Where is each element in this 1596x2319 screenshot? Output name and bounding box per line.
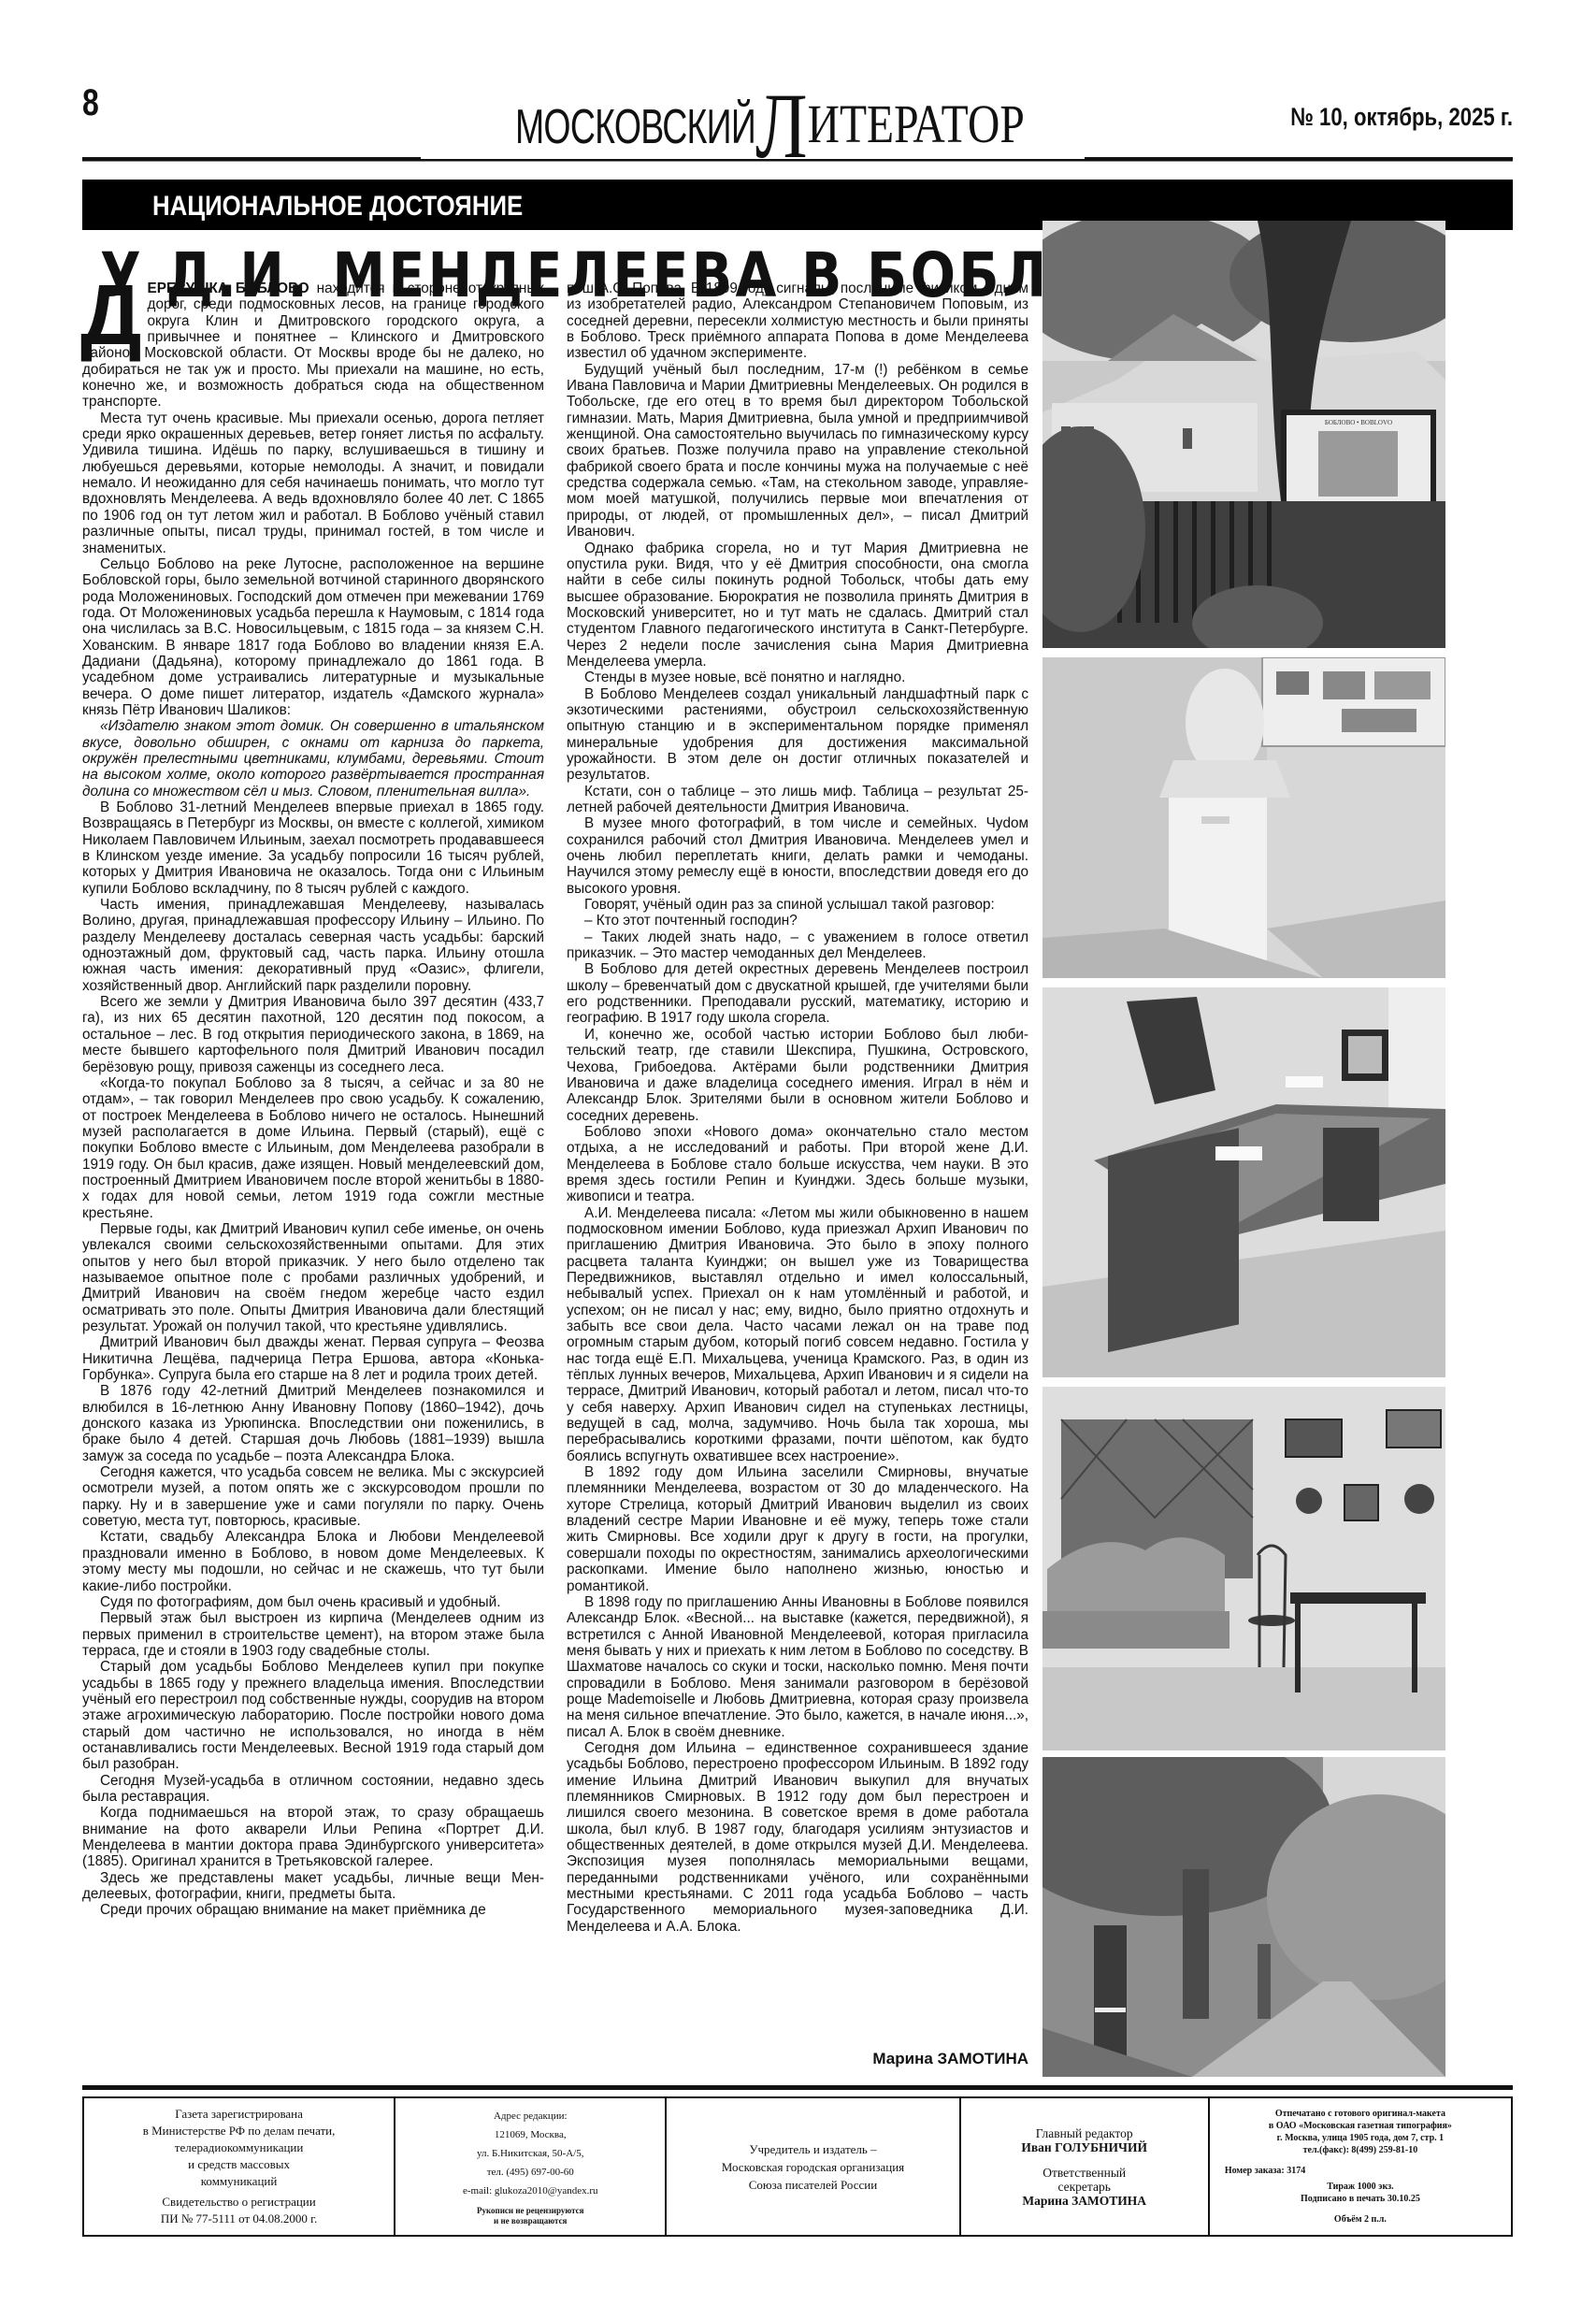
paragraph: Всего же земли у Дмитрия Ивановича было … [82, 994, 544, 1075]
registration-line: в Министерстве РФ по делам печати, [143, 2123, 336, 2139]
paragraph: Говорят, учёный один раз за спиной услыш… [567, 897, 1028, 913]
imprint-editors: Главный редактор Иван ГОЛУБНИЧИЙ Ответст… [961, 2098, 1210, 2235]
estate-house-image: БОБЛОВО • BOBLOVO [1042, 221, 1445, 648]
secretary-name: Марина ЗАМОТИНА [1022, 2194, 1146, 2208]
registration-line: Газета зарегистрирована [175, 2106, 303, 2123]
paragraph: «Когда-то покупал Боблово за 8 тысяч, а … [82, 1075, 544, 1221]
address-line: Адрес редакции: [494, 2107, 568, 2125]
imprint-box: Газета зарегистрирована в Министерстве Р… [82, 2096, 1513, 2237]
paragraph: Сегодня Музей-усадьба в отличном состоян… [82, 1773, 544, 1806]
paragraph: Среди прочих обращаю внимание на макет п… [82, 1902, 544, 1918]
bust-image [1042, 657, 1445, 978]
paragraph: В 1892 году дом Ильина заселили Смирновы… [567, 1464, 1028, 1594]
photo-estate-house: БОБЛОВО • BOBLOVO [1042, 221, 1445, 648]
secretary-title: Ответственный [1042, 2166, 1126, 2180]
page-number: 8 [82, 82, 99, 124]
issue-info: № 10, октябрь, 2025 г. [1290, 103, 1513, 132]
certificate-line: Свидетельство о регистрации [162, 2194, 315, 2211]
masthead-big-letter: Л [755, 89, 808, 164]
paragraph: Первые годы, как Дмитрий Иванович купил … [82, 1221, 544, 1334]
paragraph: Кстати, сон о таблице – это лишь миф. Та… [567, 784, 1028, 816]
author-byline: Марина ЗАМОТИНА [567, 2050, 1028, 2068]
article-column-1: ДЕРЕВУШКА БОБЛОВО находится в стороне от… [82, 281, 544, 1919]
editor-title: Главный редактор [1036, 2126, 1133, 2140]
imprint-founder: Учредитель и издатель – Московская город… [667, 2098, 960, 2235]
paragraph: Однако фабрика сгорела, но и тут Мария Д… [567, 540, 1028, 670]
order-number: Номер заказа: 3174 [1225, 2165, 1305, 2177]
founder-line: Союза писателей России [749, 2176, 877, 2194]
masthead-literator: ЛИТЕРАТОР [755, 74, 1025, 151]
masthead-moskovsky: МОСКОВСКИЙ [515, 103, 755, 151]
signed-date: Подписано в печать 30.10.25 [1301, 2193, 1420, 2205]
paragraph: Сельцо Боблово на реке Лутосне, располож… [82, 556, 544, 718]
email-link[interactable]: e-mail: glukoza2010@yandex.ru [463, 2182, 598, 2200]
paragraph: Дмитрий Иванович был дважды женат. Перва… [82, 1334, 544, 1383]
imprint-address: Адрес редакции: 121069, Москва, ул. Б.Ни… [395, 2098, 667, 2235]
circulation: Тираж 1000 экз. [1327, 2181, 1393, 2193]
manuscripts-line: Рукописи не рецензируются [477, 2206, 584, 2216]
masthead-rest: ИТЕРАТОР [808, 94, 1025, 154]
article-column-2: пеш А.С. Попова. В 1899 году сигналы, по… [567, 281, 1028, 1935]
imprint-printing: Отпечатано с готового оригинал-макета в … [1210, 2098, 1511, 2235]
sofa-room-image [1042, 1387, 1445, 1750]
masthead-logo: МОСКОВСКИЙ ЛИТЕРАТОР [421, 73, 1085, 159]
photo-writing-desk [1042, 987, 1445, 1377]
paragraph: пеш А.С. Попова. В 1899 году сигналы, по… [567, 281, 1028, 362]
drop-cap: Д [80, 282, 142, 348]
dialogue-line: – Таких людей знать надо, – с уважением … [567, 929, 1028, 962]
paragraph: Старый дом усадьбы Боблово Менделеев куп… [82, 1659, 544, 1772]
paragraph: Боблово эпохи «Нового дома» окончательно… [567, 1124, 1028, 1205]
printing-line: в ОАО «Московская газетная типография» [1269, 2120, 1452, 2132]
manuscripts-line: и не возвращаются [477, 2216, 584, 2226]
paragraph: Места тут очень красивые. Мы приехали ос… [82, 411, 544, 556]
quote-paragraph: «Издателю знаком этот домик. Он совершен… [82, 718, 544, 799]
paragraph: В музее много фотографий, в том числе и … [567, 815, 1028, 897]
registration-line: телерадиокоммуникации [175, 2139, 304, 2156]
paragraph: Сегодня дом Ильина – единственное сохран… [567, 1740, 1028, 1935]
paragraph: В Боблово Менделеев создал уникальный ла… [567, 686, 1028, 784]
registration-line: и средств массовых [188, 2156, 290, 2173]
editor-name: Иван ГОЛУБНИЧИЙ [1021, 2140, 1147, 2154]
sign-text: БОБЛОВО • BOBLOVO [1325, 419, 1392, 426]
footer-rule [82, 2085, 1513, 2090]
paragraph: Сегодня кажется, что усадьба совсем не в… [82, 1464, 544, 1529]
printing-line: Отпечатано с готового оригинал-макета [1275, 2108, 1445, 2120]
photo-sofa-room [1042, 1387, 1445, 1750]
phone-line: тел. (495) 697-00-60 [487, 2163, 574, 2182]
paragraph: Кстати, свадьбу Александра Блока и Любов… [82, 1529, 544, 1593]
lead-bold: ЕРЕВУШКА БОБЛОВО [148, 281, 309, 296]
paragraph: А.И. Менделеева писала: «Летом мы жили о… [567, 1205, 1028, 1465]
paragraph: И, конечно же, особой частью истории Боб… [567, 1027, 1028, 1124]
manuscripts-note: Рукописи не рецензируются и не возвращаю… [477, 2206, 584, 2226]
secretary-title: секретарь [1057, 2180, 1110, 2194]
paragraph: Первый этаж был выстроен из кирпича (Мен… [82, 1610, 544, 1659]
photo-mendeleev-bust [1042, 657, 1445, 978]
volume: Объём 2 п.л. [1334, 2213, 1387, 2225]
address-line: 121069, Москва, [495, 2125, 567, 2144]
quote-text: «Издателю знаком этот домик. Он совершен… [82, 718, 544, 799]
desk-image [1042, 987, 1445, 1377]
printing-line: тел.(факс): 8(499) 259-81-10 [1303, 2144, 1418, 2156]
imprint-registration: Газета зарегистрирована в Министерстве Р… [84, 2098, 395, 2235]
paragraph: В Боблово 31-летний Менделеев впервые пр… [82, 799, 544, 897]
certificate-line: ПИ № 77-5111 от 04.08.2000 г. [161, 2211, 317, 2227]
paragraph: Стенды в музее новые, всё понятно и нагл… [567, 670, 1028, 685]
paragraph: Когда поднимаешься на второй этаж, то ср… [82, 1805, 544, 1869]
paragraph: В 1898 году по приглашению Анны Ивановны… [567, 1594, 1028, 1740]
paragraph: В 1876 году 42-летний Дмитрий Менделеев … [82, 1383, 544, 1464]
dialogue-line: – Кто этот почтенный господин? [567, 913, 1028, 929]
photo-park-alley [1042, 1757, 1445, 2077]
paragraph: Здесь же представлены макет усадьбы, лич… [82, 1870, 544, 1903]
printing-line: г. Москва, улица 1905 года, дом 7, стр. … [1277, 2132, 1444, 2144]
paragraph: В Боблово для детей окрестных деревень М… [567, 961, 1028, 1026]
founder-line: Московская городская организация [722, 2158, 904, 2176]
paragraph: Часть имения, принадлежавшая Менделееву,… [82, 897, 544, 994]
founder-line: Учредитель и издатель – [749, 2140, 876, 2158]
lead-text: находится в стороне от круп­ных дорог, с… [82, 281, 544, 410]
registration-line: коммуникаций [201, 2173, 278, 2190]
paragraph: Будущий учёный был последним, 17-м (!) р… [567, 362, 1028, 540]
park-alley-image [1042, 1757, 1445, 2077]
lead-paragraph: ДЕРЕВУШКА БОБЛОВО находится в стороне от… [82, 281, 544, 411]
rubric-label: НАЦИОНАЛЬНОЕ ДОСТОЯНИЕ [152, 191, 523, 223]
address-line: ул. Б.Никитская, 50-А/5, [477, 2144, 584, 2163]
paragraph: Судя по фотографиям, дом был очень краси… [82, 1594, 544, 1610]
